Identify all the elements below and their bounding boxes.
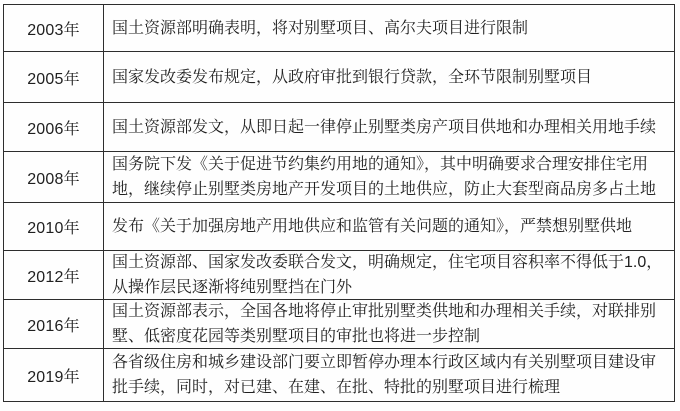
table-row: 2008年 国务院下发《关于促进节约集约用地的通知》，其中明确要求合理安排住宅用… (4, 151, 674, 202)
table-row: 2003年 国土资源部明确表明，将对别墅项目、高尔夫项目进行限制 (4, 5, 674, 51)
policy-cell: 国土资源部明确表明，将对别墅项目、高尔夫项目进行限制 (104, 5, 674, 51)
policy-cell: 国土资源部、国家发改委联合发文，明确规定，住宅项目容积率不得低于1.0，从操作层… (104, 251, 674, 299)
year-cell: 2010年 (4, 203, 104, 250)
policy-cell: 各省级住房和城乡建设部门要立即暂停办理本行政区域内有关别墅项目建设审批手续，同时… (104, 349, 674, 401)
table-row: 2012年 国土资源部、国家发改委联合发文，明确规定，住宅项目容积率不得低于1.… (4, 250, 674, 299)
year-cell: 2008年 (4, 152, 104, 202)
table-row: 2010年 发布《关于加强房地产用地供应和监管有关问题的通知》，严禁想别墅供地 (4, 202, 674, 250)
policy-timeline-table: 2003年 国土资源部明确表明，将对别墅项目、高尔夫项目进行限制 2005年 国… (3, 4, 675, 402)
year-cell: 2019年 (4, 349, 104, 401)
table-row: 2006年 国土资源部发文，从即日起一律停止别墅类房产项目供地和办理相关用地手续 (4, 102, 674, 151)
year-cell: 2012年 (4, 251, 104, 299)
policy-cell: 国土资源部发文，从即日起一律停止别墅类房产项目供地和办理相关用地手续 (104, 103, 674, 151)
policy-cell: 国务院下发《关于促进节约集约用地的通知》，其中明确要求合理安排住宅用地，继续停止… (104, 152, 674, 202)
year-cell: 2005年 (4, 52, 104, 102)
table-row: 2005年 国家发改委发布规定，从政府审批到银行贷款，全环节限制别墅项目 (4, 51, 674, 102)
policy-cell: 国家发改委发布规定，从政府审批到银行贷款，全环节限制别墅项目 (104, 52, 674, 102)
table-row: 2016年 国土资源部表示，全国各地将停止审批别墅类供地和办理相关手续，对联排别… (4, 299, 674, 348)
year-cell: 2016年 (4, 300, 104, 348)
year-cell: 2003年 (4, 5, 104, 51)
policy-cell: 国土资源部表示，全国各地将停止审批别墅类供地和办理相关手续，对联排别墅、低密度花… (104, 300, 674, 348)
year-cell: 2006年 (4, 103, 104, 151)
policy-cell: 发布《关于加强房地产用地供应和监管有关问题的通知》，严禁想别墅供地 (104, 203, 674, 250)
page: 2003年 国土资源部明确表明，将对别墅项目、高尔夫项目进行限制 2005年 国… (0, 0, 680, 411)
table-row: 2019年 各省级住房和城乡建设部门要立即暂停办理本行政区域内有关别墅项目建设审… (4, 348, 674, 401)
